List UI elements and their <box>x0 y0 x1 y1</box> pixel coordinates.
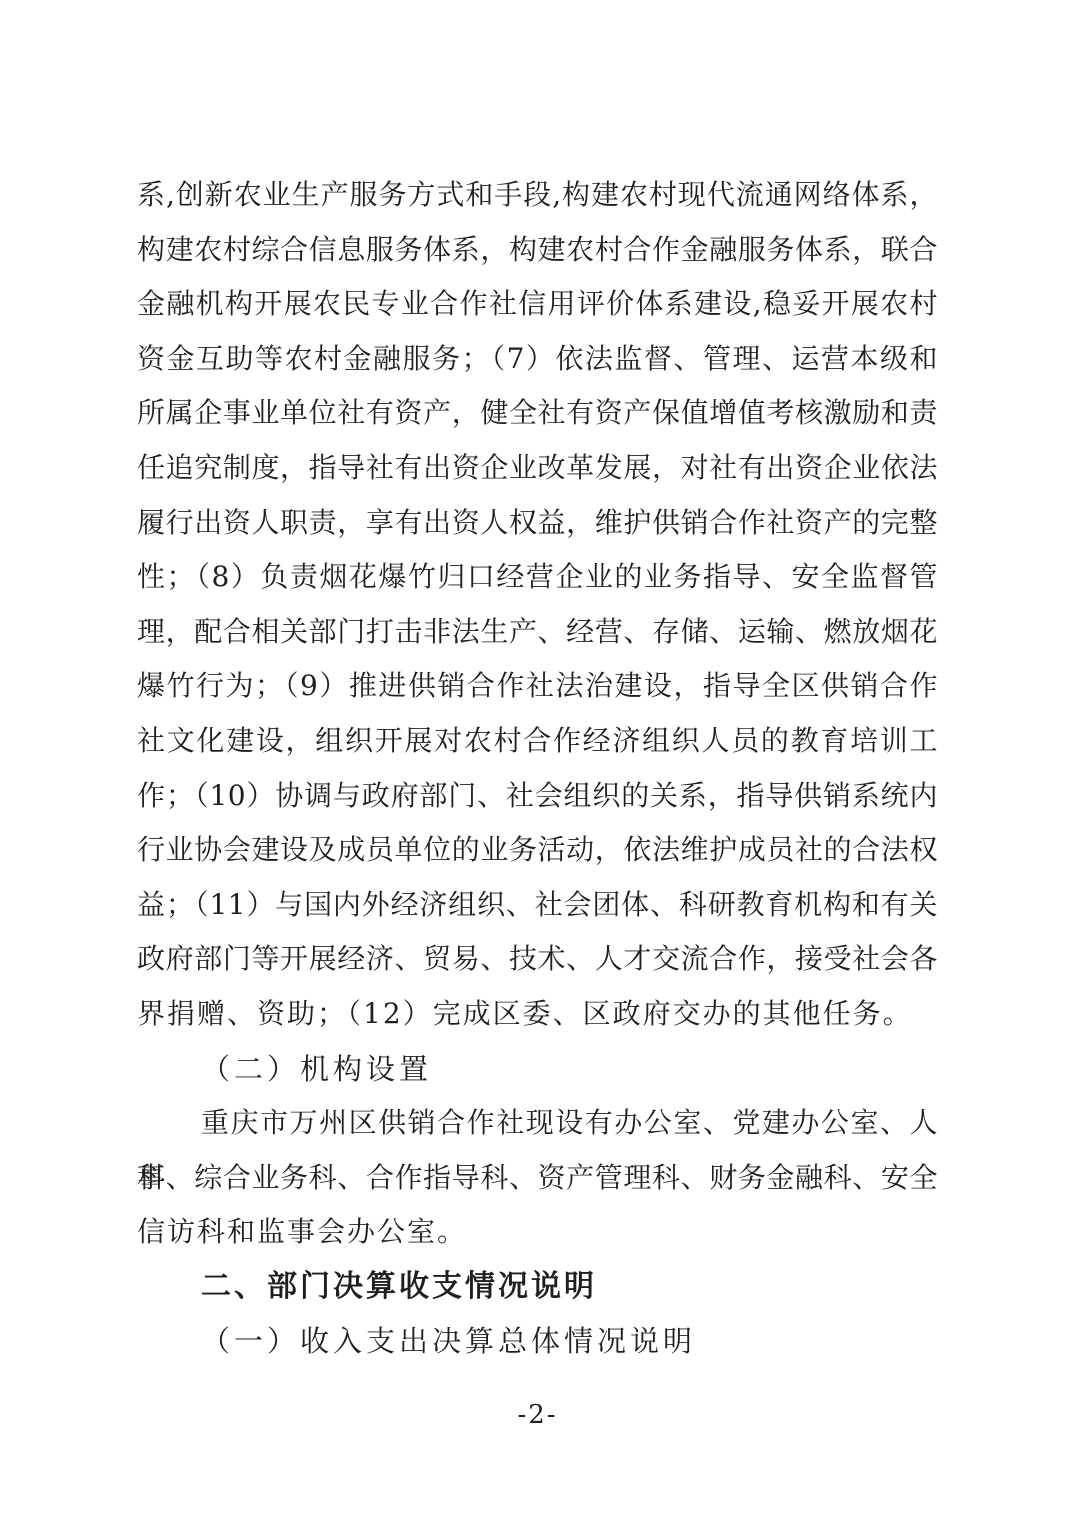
sub-heading: （一）收入支出决算总体情况说明 <box>137 1314 938 1369</box>
page-number: -2- <box>0 1400 1075 1430</box>
document-page: 系,创新农业生产服务方式和手段,构建农村现代流通网络体系，构建农村综合信息服务体… <box>0 0 1075 1520</box>
text-line: 重庆市万州区供销合作社现设有办公室、党建办公室、人事 <box>137 1096 938 1151</box>
text-line: 系,创新农业生产服务方式和手段,构建农村现代流通网络体系， <box>137 168 938 223</box>
text-line: 资金互助等农村金融服务；（7）依法监督、管理、运营本级和 <box>137 332 938 387</box>
text-line: 金融机构开展农民专业合作社信用评价体系建设,稳妥开展农村 <box>137 277 938 332</box>
text-line: 界捐赠、资助；（12）完成区委、区政府交办的其他任务。 <box>137 987 938 1042</box>
sub-heading: （二）机构设置 <box>137 1042 938 1097</box>
text-line: 构建农村综合信息服务体系，构建农村合作金融服务体系，联合 <box>137 223 938 278</box>
text-line: 信访科和监事会办公室。 <box>137 1205 938 1260</box>
text-line: 爆竹行为；（9）推进供销合作社法治建设，指导全区供销合作 <box>137 659 938 714</box>
text-line: 所属企事业单位社有资产，健全社有资产保值增值考核激励和责 <box>137 386 938 441</box>
text-line: 益；（11）与国内外经济组织、社会团体、科研教育机构和有关 <box>137 878 938 933</box>
text-line: 任追究制度，指导社有出资企业改革发展，对社有出资企业依法 <box>137 441 938 496</box>
section-heading: 二、部门决算收支情况说明 <box>137 1260 938 1315</box>
text-line: 科、综合业务科、合作指导科、资产管理科、财务金融科、安全 <box>137 1151 938 1206</box>
text-line: 作；（10）协调与政府部门、社会组织的关系，指导供销系统内 <box>137 769 938 824</box>
text-line: 社文化建设，组织开展对农村合作经济组织人员的教育培训工 <box>137 714 938 769</box>
text-line: 行业协会建设及成员单位的业务活动，依法维护成员社的合法权 <box>137 823 938 878</box>
text-line: 履行出资人职责，享有出资人权益，维护供销合作社资产的完整 <box>137 496 938 551</box>
document-body: 系,创新农业生产服务方式和手段,构建农村现代流通网络体系，构建农村综合信息服务体… <box>137 168 938 1369</box>
text-line: 理，配合相关部门打击非法生产、经营、存储、运输、燃放烟花 <box>137 605 938 660</box>
text-line: 性；（8）负责烟花爆竹归口经营企业的业务指导、安全监督管 <box>137 550 938 605</box>
text-line: 政府部门等开展经济、贸易、技术、人才交流合作，接受社会各 <box>137 932 938 987</box>
